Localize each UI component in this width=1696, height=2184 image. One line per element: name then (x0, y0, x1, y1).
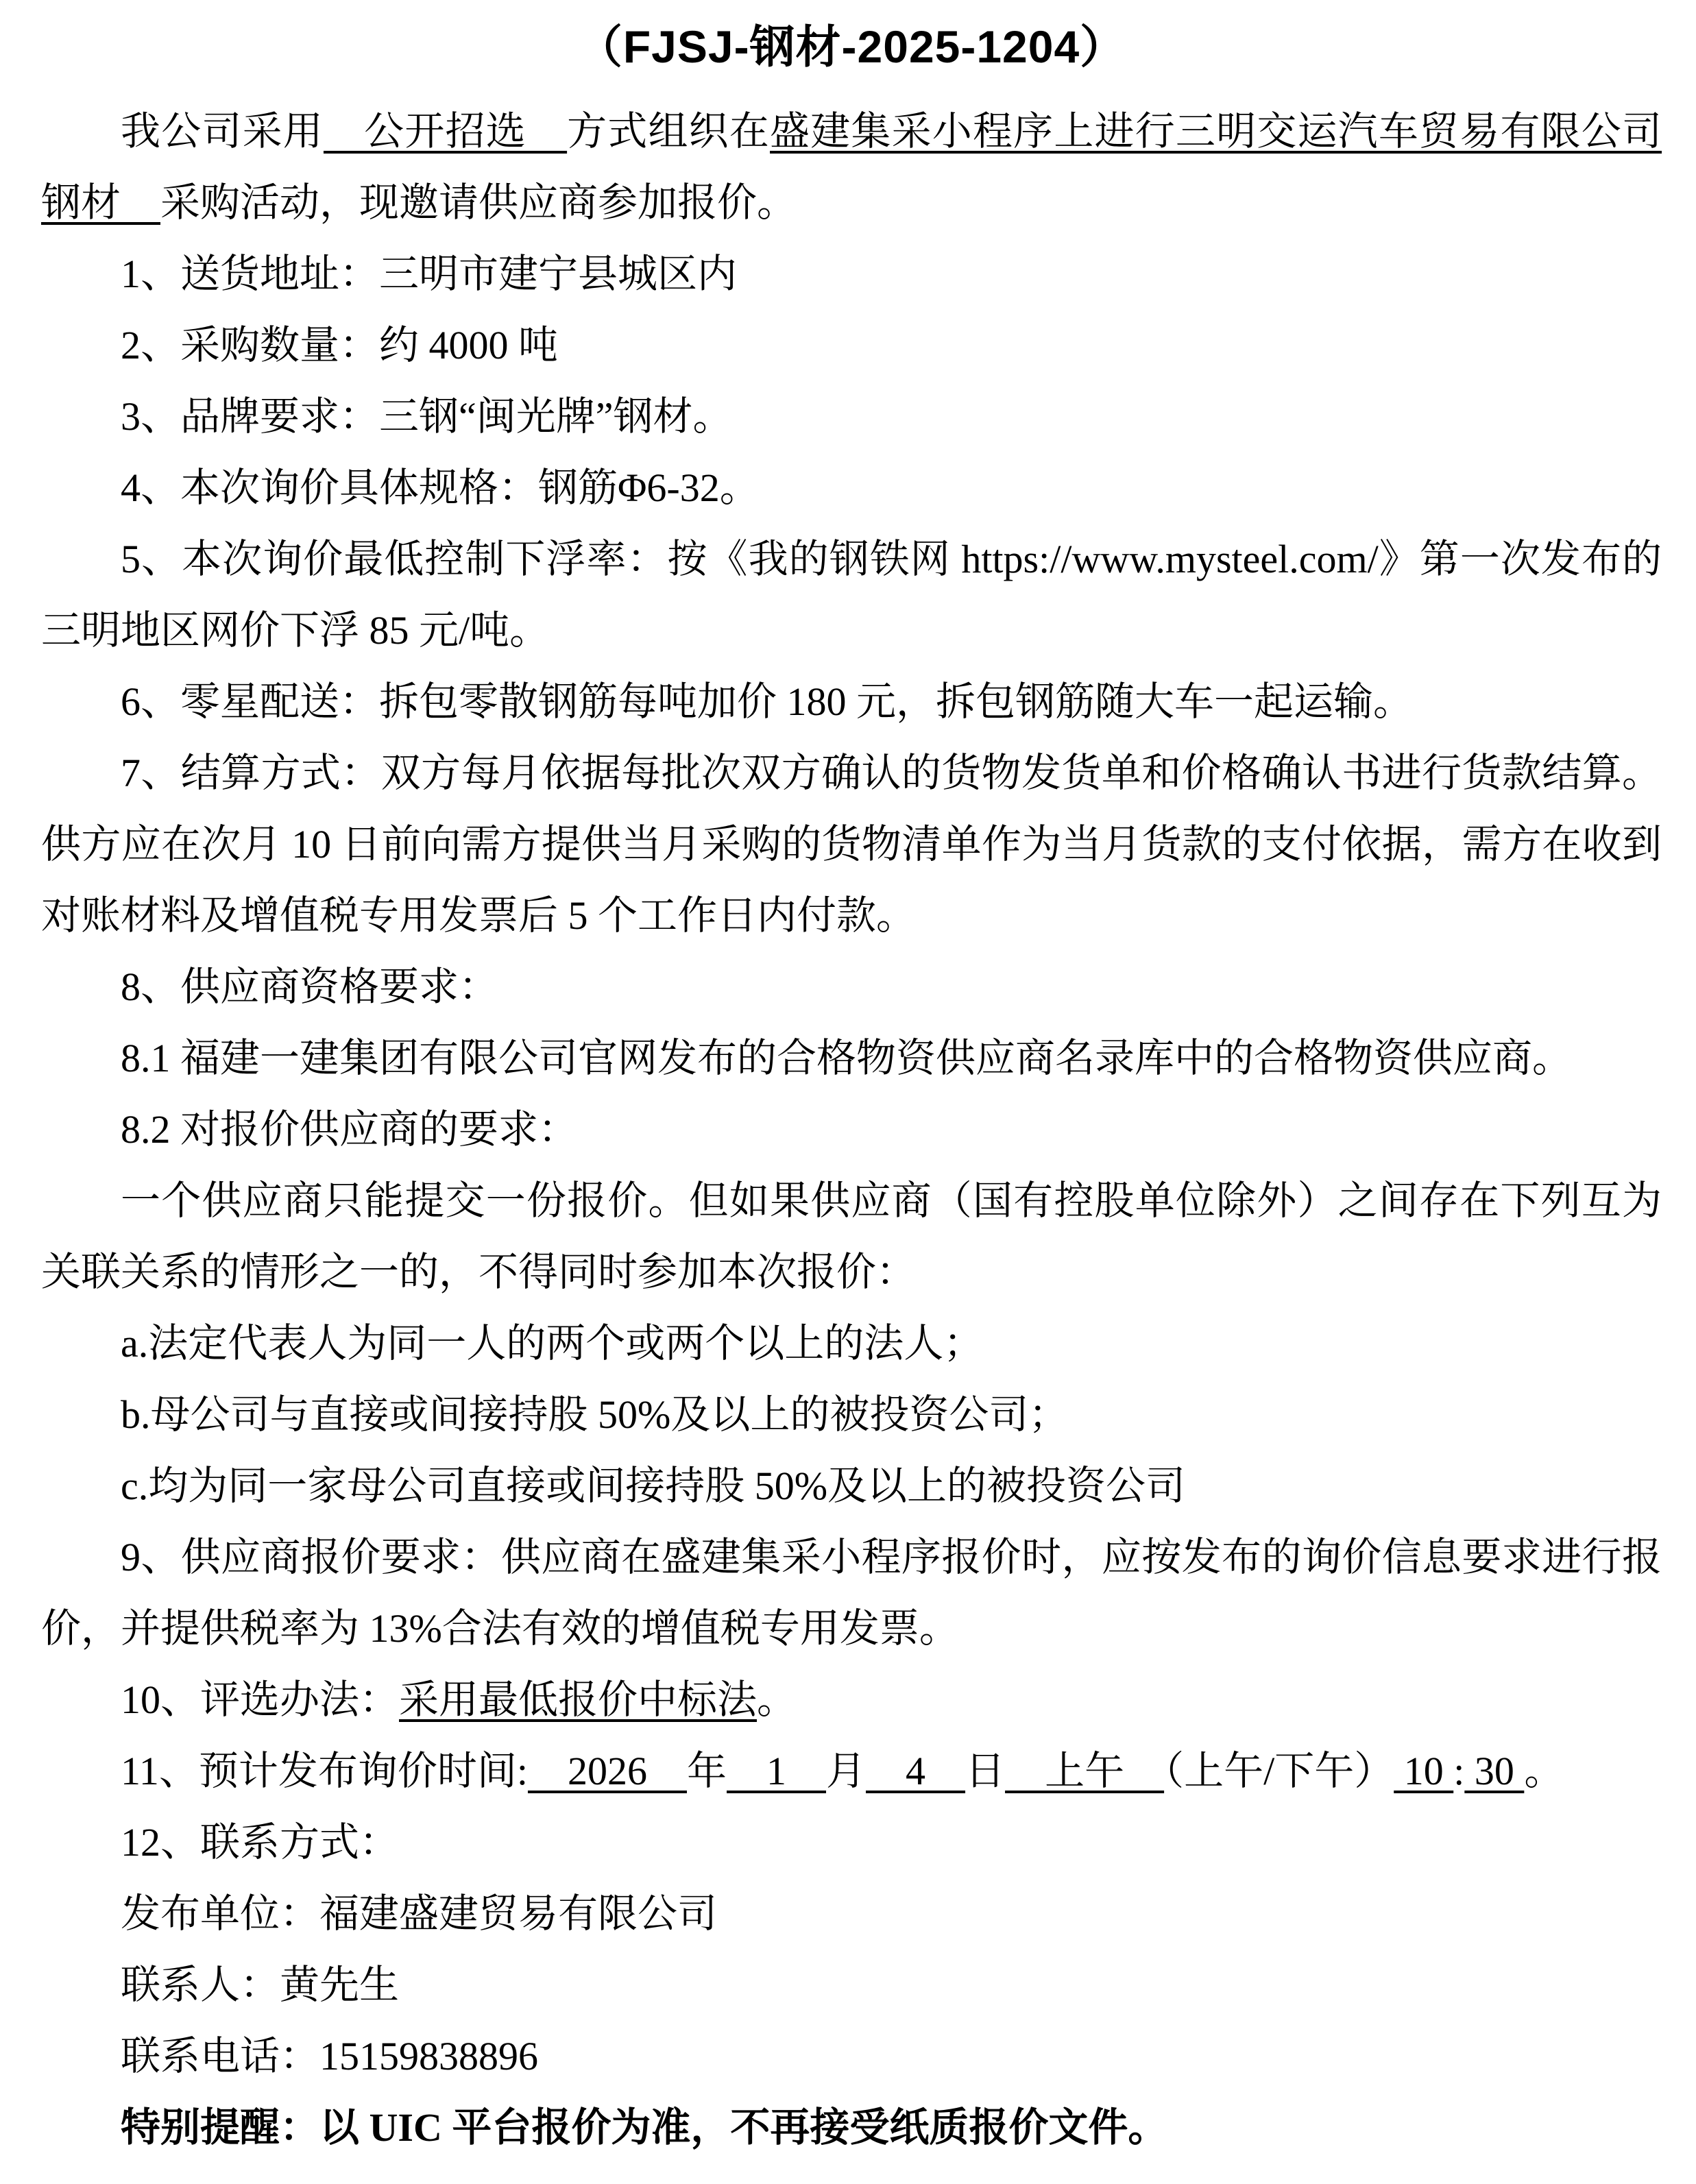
item-6-retail-delivery: 6、零星配送：拆包零散钢筋每吨加价 180 元，拆包钢筋随大车一起运输。 (41, 666, 1662, 738)
text-segment: 10、评选办法： (121, 1677, 399, 1722)
text-segment: a.法定代表人为同一人的两个或两个以上的法人； (121, 1321, 983, 1366)
text-segment: 月 (826, 1749, 866, 1793)
item-10-selection-method: 10、评选办法：采用最低报价中标法。 (41, 1664, 1662, 1736)
publisher-line: 发布单位：福建盛建贸易有限公司 (41, 1878, 1662, 1950)
document-page: （FJSJ-钢材-2025-1204） 我公司采用 公开招选 方式组织在盛建集采… (0, 0, 1696, 2184)
underlined-value: 30 (1464, 1749, 1524, 1793)
contact-person-line: 联系人：黄先生 (41, 1950, 1662, 2021)
item-8-supplier-qualification: 8、供应商资格要求： (41, 951, 1662, 1023)
text-segment: 发布单位：福建盛建贸易有限公司 (121, 1891, 717, 1936)
item-8-2: 8.2 对报价供应商的要求： (41, 1094, 1662, 1165)
item-9-quotation-requirement: 9、供应商报价要求：供应商在盛建集采小程序报价时，应按发布的询价信息要求进行报价… (41, 1522, 1662, 1664)
text-segment: 8.2 对报价供应商的要求： (121, 1107, 578, 1152)
item-12-contact-info: 12、联系方式： (41, 1807, 1662, 1878)
underlined-value: 10 (1394, 1749, 1453, 1793)
text-segment: 6、零星配送：拆包零散钢筋每吨加价 180 元，拆包钢筋随大车一起运输。 (121, 679, 1413, 724)
text-segment: 8.1 福建一建集团有限公司官网发布的合格物资供应商名录库中的合格物资供应商。 (121, 1036, 1572, 1080)
text-segment: c.均为同一家母公司直接或间接持股 50%及以上的被投资公司 (121, 1464, 1185, 1508)
item-5-price-floor-rate: 5、本次询价最低控制下浮率：按《我的钢铁网 https://www.mystee… (41, 524, 1662, 666)
text-segment: 5、本次询价最低控制下浮率：按《我的钢铁网 https://www.mystee… (41, 537, 1662, 653)
text-segment: 7、结算方式：双方每月依据每批次双方确认的货物发货单和价格确认书进行货款结算。供… (41, 751, 1662, 938)
text-segment: 12、联系方式： (121, 1820, 399, 1865)
text-segment: （上午/下午） (1164, 1749, 1394, 1793)
text-segment: 年 (687, 1749, 727, 1793)
text-segment: 8、供应商资格要求： (121, 964, 498, 1009)
text-segment: 11、预计发布询价时间: (121, 1749, 528, 1793)
item-4-specification: 4、本次询价具体规格：钢筋Φ6-32。 (41, 452, 1662, 524)
text-segment: 4、本次询价具体规格：钢筋Φ6-32。 (121, 465, 760, 510)
underlined-value: 采用最低报价中标法 (399, 1677, 757, 1722)
text-segment: 。 (1524, 1749, 1564, 1793)
text-segment: 。 (757, 1677, 797, 1722)
text-segment: 我公司采用 (121, 109, 324, 154)
underlined-value: 1 (727, 1749, 826, 1793)
text-segment: 联系电话：15159838896 (121, 2034, 538, 2078)
text-segment: 方式组织在 (567, 109, 770, 154)
underlined-value: 2026 (528, 1749, 687, 1793)
item-3-brand-requirement: 3、品牌要求：三钢“闽光牌”钢材。 (41, 381, 1662, 452)
document-body: 我公司采用 公开招选 方式组织在盛建集采小程序上进行三明交运汽车贸易有限公司钢材… (41, 96, 1662, 2163)
item-1-delivery-address: 1、送货地址：三明市建宁县城区内 (41, 239, 1662, 310)
item-8-2-b: b.母公司与直接或间接持股 50%及以上的被投资公司； (41, 1379, 1662, 1451)
item-8-2-detail: 一个供应商只能提交一份报价。但如果供应商（国有控股单位除外）之间存在下列互为关联… (41, 1165, 1662, 1308)
item-8-2-a: a.法定代表人为同一人的两个或两个以上的法人； (41, 1308, 1662, 1379)
text-segment: 特别提醒：以 UIC 平台报价为准，不再接受纸质报价文件。 (121, 2105, 1167, 2150)
item-7-settlement-method: 7、结算方式：双方每月依据每批次双方确认的货物发货单和价格确认书进行货款结算。供… (41, 738, 1662, 951)
text-segment: 3、品牌要求：三钢“闽光牌”钢材。 (121, 394, 733, 439)
text-segment: 联系人：黄先生 (121, 1963, 399, 2007)
contact-phone-line: 联系电话：15159838896 (41, 2021, 1662, 2092)
underlined-value: 公开招选 (324, 109, 567, 154)
text-segment: 1、送货地址：三明市建宁县城区内 (121, 252, 737, 296)
text-segment: 采购活动，现邀请供应商参加报价。 (160, 180, 797, 225)
text-segment: 2、采购数量：约 4000 吨 (121, 323, 558, 367)
text-segment: : (1453, 1749, 1464, 1793)
item-8-1: 8.1 福建一建集团有限公司官网发布的合格物资供应商名录库中的合格物资供应商。 (41, 1023, 1662, 1094)
underlined-value: 上午 (1005, 1749, 1164, 1793)
item-8-2-c: c.均为同一家母公司直接或间接持股 50%及以上的被投资公司 (41, 1451, 1662, 1522)
text-segment: 日 (965, 1749, 1005, 1793)
special-reminder-line: 特别提醒：以 UIC 平台报价为准，不再接受纸质报价文件。 (41, 2092, 1662, 2163)
item-11-inquiry-publish-time: 11、预计发布询价时间: 2026 年 1 月 4 日 上午 （上午/下午） 1… (41, 1736, 1662, 1807)
intro-paragraph: 我公司采用 公开招选 方式组织在盛建集采小程序上进行三明交运汽车贸易有限公司钢材… (41, 96, 1662, 239)
text-segment: 9、供应商报价要求：供应商在盛建集采小程序报价时，应按发布的询价信息要求进行报价… (41, 1535, 1662, 1651)
underlined-value: 4 (866, 1749, 965, 1793)
text-segment: b.母公司与直接或间接持股 50%及以上的被投资公司； (121, 1392, 1068, 1437)
text-segment: 一个供应商只能提交一份报价。但如果供应商（国有控股单位除外）之间存在下列互为关联… (41, 1178, 1662, 1294)
document-title: （FJSJ-钢材-2025-1204） (41, 15, 1662, 78)
item-2-quantity: 2、采购数量：约 4000 吨 (41, 310, 1662, 381)
